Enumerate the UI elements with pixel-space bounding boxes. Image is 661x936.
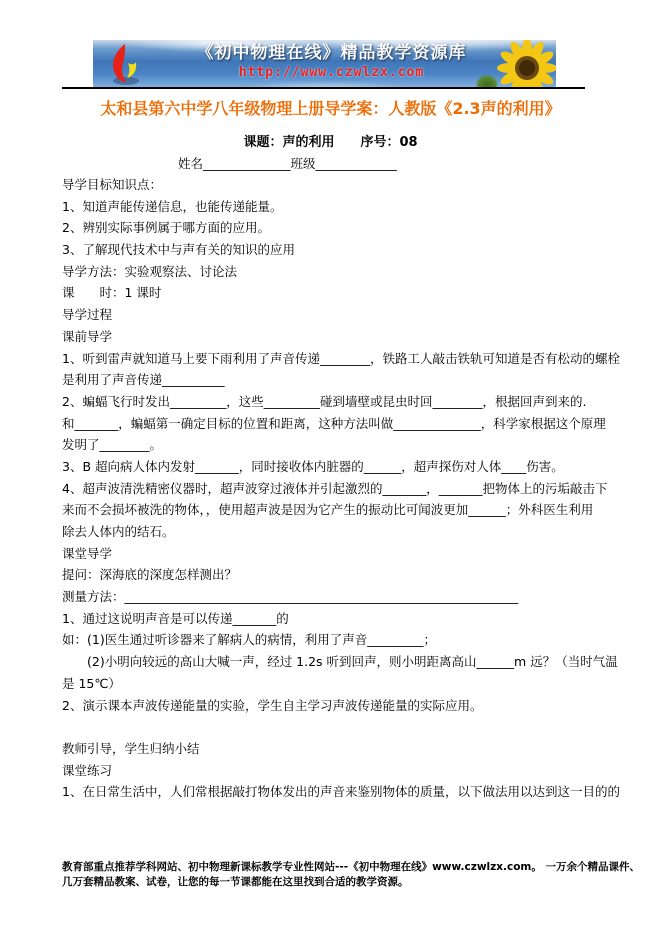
text-line: 3、B 超向病人体内发射_______，同时接收体内脏器的______，超声探伤…	[62, 456, 607, 478]
text-line: 2、辨别实际事例属于哪方面的应用。	[62, 217, 607, 239]
text-line: 教师引导，学生归纳小结	[62, 738, 607, 760]
banner-text-block: 《初中物理在线》精品教学资源库 http://www.czwlzx.com	[179, 43, 484, 81]
text-line: 发明了________。	[62, 434, 607, 456]
text-line: 2、蝙蝠飞行时发出_________，这些_________碰到墙壁或昆虫时回_…	[62, 391, 607, 413]
text-line: 1、听到雷声就知道马上要下雨利用了声音传递________，铁路工人敲击铁轨可知…	[62, 348, 607, 370]
text-line: 来而不会损坏被洗的物体，，使用超声波是因为它产生的振动比可闻波更加______；…	[62, 499, 607, 521]
text-line: 课 时：1 课时	[62, 282, 607, 304]
text-line: 4、超声波清洗精密仪器时，超声波穿过液体并引起激烈的_______，______…	[62, 478, 607, 500]
text-line: 导学方法：实验观察法、讨论法	[62, 261, 607, 283]
text-line: 课堂导学	[62, 543, 607, 565]
document-body: 导学目标知识点：1、知道声能传递信息，也能传递能量。2、辨别实际事例属于哪方面的…	[62, 174, 607, 803]
text-line: 是 15℃）	[62, 673, 607, 695]
doc-subtitle: 课题：声的利用 序号：08	[0, 131, 661, 150]
header-divider	[62, 87, 585, 89]
text-line: 课堂练习	[62, 760, 607, 782]
banner-site-url-link[interactable]: http://www.czwlzx.com	[179, 64, 484, 81]
text-line: 1、通过这说明声音是可以传递_______的	[62, 608, 607, 630]
document-footer: 教育部重点推荐学科网站、初中物理新课标教学专业性网站---《初中物理在线》www…	[62, 860, 622, 890]
text-line: 课前导学	[62, 326, 607, 348]
banner-site-title: 《初中物理在线》精品教学资源库	[179, 43, 484, 64]
text-line: 2、演示课本声波传递能量的实验，学生自主学习声波传递能量的实际应用。	[62, 695, 607, 717]
doc-title: 太和县第六中学八年级物理上册导学案：人教版《2.3声的利用》	[0, 96, 661, 119]
text-line: 和_______，蝙蝠第一确定目标的位置和距离，这种方法叫做__________…	[62, 413, 607, 435]
name-class-fill-line: 姓名______________班级_____________	[178, 154, 397, 172]
text-line: 1、在日常生活中，人们常根据敲打物体发出的声音来鉴别物体的质量，以下做法用以达到…	[62, 781, 607, 803]
text-line: (2)小明向较远的高山大喊一声，经过 1.2s 听到回声，则小明距离高山____…	[62, 651, 607, 673]
text-line: 是利用了声音传递__________	[62, 369, 607, 391]
text-line: 导学目标知识点：	[62, 174, 607, 196]
foliage-icon	[476, 75, 498, 87]
text-line: 测量方法：___________________________________…	[62, 586, 607, 608]
text-line: 提问：深海底的深度怎样测出？	[62, 564, 607, 586]
text-line: 1、知道声能传递信息，也能传递能量。	[62, 196, 607, 218]
footer-text-line: 教育部重点推荐学科网站、初中物理新课标教学专业性网站---《初中物理在线》www…	[62, 860, 622, 875]
document-page: 《初中物理在线》精品教学资源库 http://www.czwlzx.com	[0, 0, 661, 936]
footer-text-line: 几万套精品教案、试卷，让您的每一节课都能在这里找到合适的教学资源。	[62, 875, 622, 890]
text-line	[62, 716, 607, 738]
text-line: 3、了解现代技术中与声有关的知识的应用	[62, 239, 607, 261]
text-line: 除去人体内的结石。	[62, 521, 607, 543]
text-line: 导学过程	[62, 304, 607, 326]
text-line: 如：(1)医生通过听诊器来了解病人的病情，利用了声音_________；	[62, 629, 607, 651]
site-banner: 《初中物理在线》精品教学资源库 http://www.czwlzx.com	[93, 40, 556, 87]
physics-online-logo-icon	[107, 43, 145, 85]
sunflower-icon	[496, 40, 556, 87]
